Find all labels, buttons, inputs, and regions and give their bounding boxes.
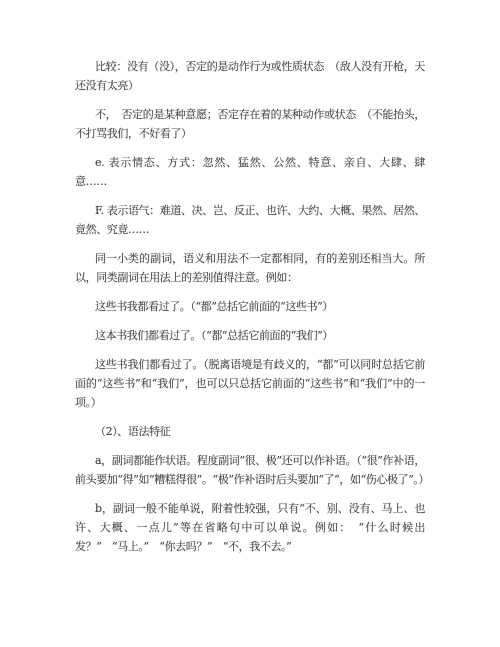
paragraph-example-zhebenshu-women: 这本书我们都看过了。（“都”总括它前面的“我们”） — [75, 326, 425, 345]
paragraph-item-f-tone-adverbs: F. 表示语气：难道、决、岂、反正、也许、大约、大概、果然、居然、竟然、究竟…… — [75, 201, 425, 239]
paragraph-same-subclass-note: 同一小类的副词，语义和用法不一定都相同，有的差别还相当大。所以，同类副词在用法上… — [75, 249, 425, 287]
paragraph-item-e-manner-adverbs: e. 表示情态、方式：忽然、猛然、公然、特意、亲自、大肆、肆意…… — [75, 153, 425, 191]
heading-grammar-features: （2）、语法特征 — [75, 422, 425, 441]
paragraph-item-a-adverbial: a，副词都能作状语。程度副词“很、极”还可以作补语。（“很”作补语，前头要加“得… — [75, 451, 425, 489]
paragraph-example-ambiguous-dou: 这些书我们都看过了。（脱离语境是有歧义的，“都”可以同时总括它前面的“这些书”和… — [75, 355, 425, 412]
paragraph-example-zhexieshu-wo: 这些书我都看过了。（“都”总括它前面的“这些书”） — [75, 297, 425, 316]
paragraph-bu-negation: 不， 否定的是某种意愿；否定存在着的某种动作或状态 （不能抬头，不打骂我们，不好… — [75, 105, 425, 143]
document-text-block: 比较：没有（没），否定的是动作行为或性质状态 （敌人没有开枪，天还没有太亮） 不… — [75, 57, 425, 566]
document-page: 比较：没有（没），否定的是动作行为或性质状态 （敌人没有开枪，天还没有太亮） 不… — [0, 0, 500, 647]
paragraph-item-b-standalone: b，副词一般不能单说，附着性较强，只有“不、别、没有、马上、也许、大概、一点儿”… — [75, 499, 425, 556]
paragraph-compare-meiyou: 比较：没有（没），否定的是动作行为或性质状态 （敌人没有开枪，天还没有太亮） — [75, 57, 425, 95]
